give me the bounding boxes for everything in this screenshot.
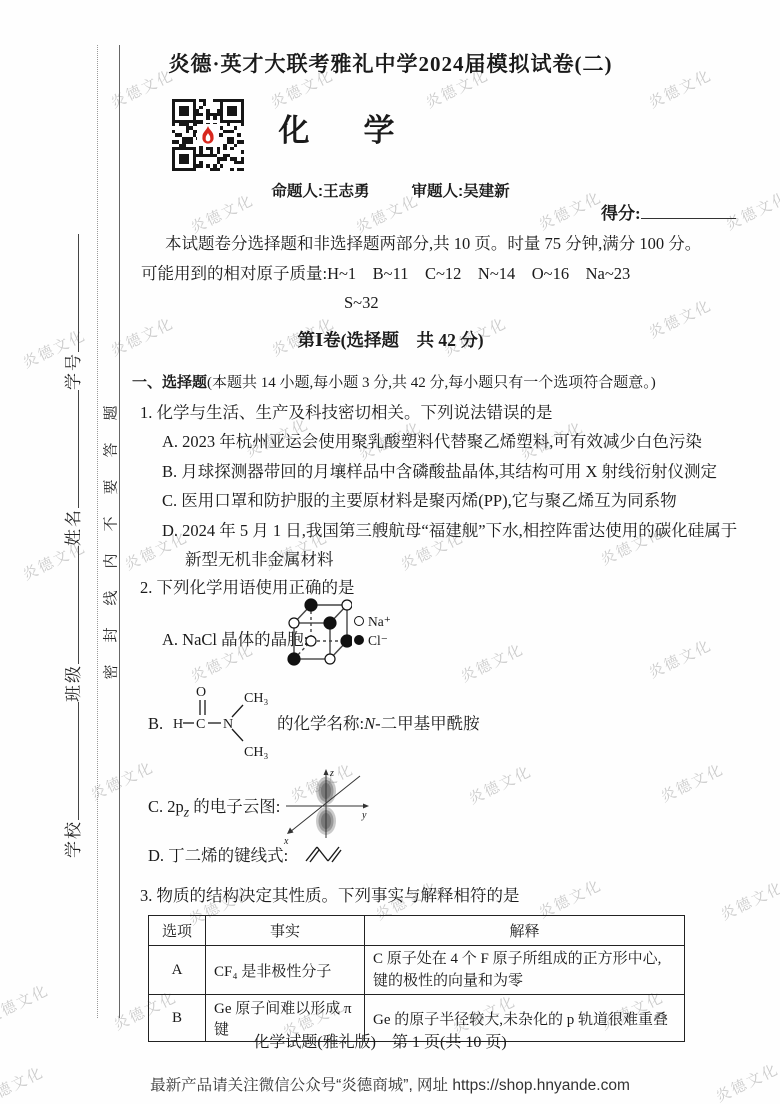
choice-section-intro: 一、选择题(本题共 14 小题,每小题 3 分,共 42 分,每小题只有一个选项…: [132, 374, 656, 392]
field-number-blank: [65, 234, 79, 352]
q1-option-a: A. 2023 年杭州亚运会使用聚乳酸塑料代替聚乙烯塑料,可有效减少白色污染: [162, 432, 702, 452]
qr-module: [203, 154, 206, 157]
qr-module: [199, 99, 202, 102]
c-label-pre: C. 2p: [148, 797, 184, 816]
qr-module: [172, 106, 175, 109]
qr-module: [189, 99, 192, 102]
qr-module: [234, 106, 237, 109]
qr-module: [217, 99, 220, 102]
header-option: 选项: [149, 916, 206, 946]
instructions-line3: S~32: [344, 293, 379, 313]
header-fact: 事实: [206, 916, 365, 946]
qr-module: [186, 168, 189, 171]
qr-module: [175, 99, 178, 102]
qr-module: [172, 168, 175, 171]
qr-module: [227, 99, 230, 102]
qr-module: [172, 161, 175, 164]
qr-module: [241, 150, 244, 153]
authors-line: 命题人:王志勇 审题人:吴建新: [118, 179, 663, 201]
qr-module: [241, 99, 244, 102]
score-line: 得分:: [601, 204, 736, 224]
qr-module: [193, 157, 196, 160]
q2-option-b-label: B.: [148, 714, 163, 734]
q1-option-c: C. 医用口罩和防护服的主要原材料是聚丙烯(PP),它与聚乙烯互为同系物: [162, 491, 677, 511]
qr-module: [220, 106, 223, 109]
qr-module: [213, 164, 216, 167]
choice-intro-rest: (本题共 14 小题,每小题 3 分,共 42 分,每小题只有一个选项符合题意。…: [207, 375, 656, 391]
qr-module: [213, 168, 216, 171]
q2-stem: 2. 下列化学用语使用正确的是: [140, 578, 355, 598]
row-a-option: A: [149, 946, 206, 995]
instructions-line1: 本试题卷分选择题和非选择题两部分,共 10 页。时量 75 分钟,满分 100 …: [165, 234, 701, 254]
qr-module: [213, 99, 216, 102]
table-row: A CF₄ 是非极性分子 C 原子处在 4 个 F 原子所组成的正方形中心,键的…: [149, 946, 685, 995]
qr-module: [193, 106, 196, 109]
qr-module: [182, 168, 185, 171]
qr-module: [230, 99, 233, 102]
qr-module: [179, 154, 182, 157]
qr-module: [206, 164, 209, 167]
qr-module: [241, 106, 244, 109]
c-label-post: 的电子云图:: [189, 797, 280, 816]
atom-n: N: [223, 717, 233, 732]
legend-cl-row: Cl⁻: [354, 631, 391, 650]
qr-module: [223, 99, 226, 102]
qr-module: [182, 106, 185, 109]
qr-module: [179, 106, 182, 109]
qr-module: [193, 168, 196, 171]
qr-module: [237, 161, 240, 164]
qr-module: [220, 157, 223, 160]
qr-module: [234, 161, 237, 164]
qr-module: [217, 157, 220, 160]
page-content: 学校班级姓名学号 密封线内不要答题 炎德·英才大联考雅礼中学2024届模拟试卷(…: [0, 0, 780, 1104]
legend-na-row: Na⁺: [354, 612, 391, 631]
qr-module: [241, 157, 244, 160]
instructions-line2: 可能用到的相对原子质量:H~1 B~11 C~12 N~14 O~16 Na~2…: [141, 264, 630, 284]
qr-module: [241, 102, 244, 105]
b-name-pre: 的化学名称:: [277, 714, 364, 733]
qr-module: [210, 150, 213, 153]
butadiene-skeletal-diagram: [303, 843, 351, 865]
qr-module: [199, 106, 202, 109]
qr-module: [182, 157, 185, 160]
qr-module: [230, 168, 233, 171]
page-footer: 化学试题(雅礼版) 第 1 页(共 10 页): [0, 1033, 760, 1052]
field-name-blank: [65, 390, 79, 508]
qr-module: [182, 99, 185, 102]
qr-module: [186, 106, 189, 109]
qr-module: [237, 99, 240, 102]
score-blank: [641, 204, 736, 219]
qr-module: [227, 106, 230, 109]
exam-paper-page: 炎德文化炎德文化炎德文化炎德文化炎德文化炎德文化炎德文化炎德文化炎德文化炎德文化…: [0, 0, 780, 1104]
qr-module: [182, 161, 185, 164]
qr-module: [193, 150, 196, 153]
qr-module: [193, 99, 196, 102]
qr-module: [186, 99, 189, 102]
qr-module: [237, 168, 240, 171]
qr-module: [210, 154, 213, 157]
qr-module: [182, 154, 185, 157]
field-name-label: 姓名: [64, 508, 83, 546]
header-explanation: 解释: [365, 916, 685, 946]
q3-facts-table: 选项 事实 解释 A CF₄ 是非极性分子 C 原子处在 4 个 F 原子所组成…: [148, 915, 685, 1042]
student-info-fields: 学校班级姓名学号: [65, 214, 83, 858]
qr-module: [193, 102, 196, 105]
qr-module: [193, 164, 196, 167]
subject-title: 化学: [91, 112, 636, 149]
field-class-label: 班级: [64, 664, 83, 702]
field-school-blank: [65, 702, 79, 820]
q1-option-b: B. 月球探测器带回的月壤样品中含磷酸盐晶体,其结构可用 X 射线衍射仪测定: [162, 462, 717, 482]
qr-module: [196, 164, 199, 167]
legend-na-label: Na⁺: [368, 614, 391, 629]
qr-module: [172, 154, 175, 157]
seal-warning-text: 密封线内不要答题: [105, 360, 120, 680]
field-class-blank: [65, 546, 79, 664]
b-name-n: N: [364, 714, 375, 733]
qr-module: [203, 99, 206, 102]
qr-module: [241, 161, 244, 164]
nacl-legend: Na⁺ Cl⁻: [354, 612, 391, 650]
qr-module: [172, 102, 175, 105]
qr-module: [220, 164, 223, 167]
qr-module: [206, 154, 209, 157]
qr-module: [179, 99, 182, 102]
qr-module: [213, 154, 216, 157]
promo-line: 最新产品请关注微信公众号“炎德商城”, 网址 https://shop.hnya…: [0, 1077, 780, 1096]
na-ion-icon: [354, 616, 364, 626]
qr-module: [223, 154, 226, 157]
qr-module: [217, 168, 220, 171]
q3-stem: 3. 物质的结构决定其性质。下列事实与解释相符的是: [140, 886, 520, 906]
qr-module: [199, 164, 202, 167]
seal-dotted-line: [97, 45, 98, 1018]
qr-module: [179, 168, 182, 171]
qr-module: [172, 150, 175, 153]
axis-z-label: z: [329, 768, 334, 779]
score-label: 得分:: [601, 204, 641, 223]
qr-module: [193, 154, 196, 157]
atom-ch3-bottom: CH₃: [244, 745, 268, 760]
qr-module: [230, 157, 233, 160]
qr-module: [179, 157, 182, 160]
qr-module: [199, 154, 202, 157]
field-school-label: 学校: [64, 820, 83, 858]
atom-o: O: [196, 685, 206, 700]
q2-option-d-label: D. 丁二烯的键线式:: [148, 846, 288, 866]
table-header-row: 选项 事实 解释: [149, 916, 685, 946]
cl-ion-icon: [354, 635, 364, 645]
qr-module: [196, 154, 199, 157]
qr-module: [199, 150, 202, 153]
section1-heading: 第Ⅰ卷(选择题 共 42 分): [118, 330, 663, 351]
qr-module: [175, 168, 178, 171]
qr-module: [220, 99, 223, 102]
axis-y-label: y: [361, 810, 367, 821]
qr-module: [189, 168, 192, 171]
qr-module: [223, 157, 226, 160]
row-a-explanation: C 原子处在 4 个 F 原子所组成的正方形中心,键的极性的向量和为零: [365, 946, 685, 995]
q1-option-d: D. 2024 年 5 月 1 日,我国第三艘航母“福建舰”下水,相控阵雷达使用…: [162, 521, 737, 541]
q2-option-b-name: 的化学名称:N-二甲基甲酰胺: [277, 714, 480, 734]
qr-module: [227, 154, 230, 157]
exam-title: 炎德·英才大联考雅礼中学2024届模拟试卷(二): [118, 52, 663, 77]
nacl-unit-cell-diagram: [286, 597, 352, 671]
qr-module: [179, 161, 182, 164]
q1-stem: 1. 化学与生活、生产及科技密切相关。下列说法错误的是: [140, 403, 553, 423]
qr-module: [210, 168, 213, 171]
qr-module: [217, 161, 220, 164]
electron-cloud-diagram: z y x: [280, 766, 372, 846]
qr-module: [203, 102, 206, 105]
atom-c: C: [196, 717, 205, 732]
qr-module: [234, 99, 237, 102]
qr-module: [172, 99, 175, 102]
q1-option-d-line2: 新型无机非金属材料: [185, 550, 334, 570]
atom-h: H: [173, 717, 183, 732]
b-name-post: -二甲基甲酰胺: [375, 714, 480, 733]
axis-x-label: x: [283, 836, 289, 846]
qr-module: [186, 157, 189, 160]
field-number-label: 学号: [64, 352, 83, 390]
setter-label: 命题人:王志勇: [271, 179, 369, 201]
qr-module: [186, 154, 189, 157]
qr-module: [220, 102, 223, 105]
qr-module: [234, 157, 237, 160]
qr-module: [186, 161, 189, 164]
row-a-fact: CF₄ 是非极性分子: [206, 946, 365, 995]
qr-module: [230, 106, 233, 109]
atom-ch3-top: CH₃: [244, 691, 268, 706]
qr-module: [172, 157, 175, 160]
choice-intro-bold: 一、选择题: [132, 375, 207, 391]
qr-module: [241, 168, 244, 171]
reviewer-label: 审题人:吴建新: [412, 179, 510, 201]
qr-module: [217, 150, 220, 153]
qr-module: [172, 164, 175, 167]
qr-module: [199, 161, 202, 164]
q2-option-c-label: C. 2pz 的电子云图:: [148, 797, 280, 821]
qr-module: [193, 161, 196, 164]
legend-cl-label: Cl⁻: [368, 633, 388, 648]
dmf-structure-diagram: H C O N CH₃ CH₃: [171, 682, 273, 764]
